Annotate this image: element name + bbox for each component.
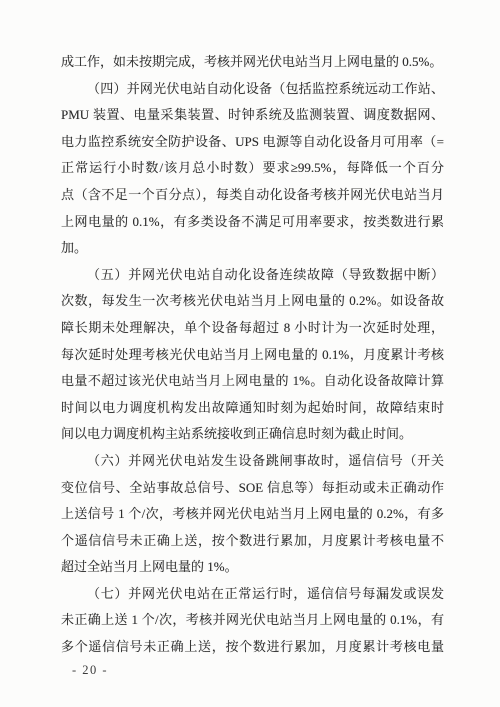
text-line: 多个遥信信号未正确上送，按个数进行累加，月度累计考核电量 (61, 634, 444, 661)
text-line: PMU 装置、电量采集装置、时钟系统及监测装置、调度数据网、 (61, 102, 444, 129)
text-line: 变位信号、全站事故总信号、SOE 信息等）每拒动或未正确动作 (61, 475, 444, 502)
text-line: 时间以电力调度机构发出故障通知时刻为起始时间，故障结束时 (61, 395, 444, 422)
text-line: 正常运行小时数/该月总小时数）要求≥99.5%，每降低一个百分 (61, 155, 444, 182)
text-line: 上网电量的 0.1%，有多类设备不满足可用率要求，按类数进行累 (61, 209, 444, 236)
text-line: 上送信号 1 个/次，考核并网光伏电站当月上网电量的 0.2%，有多 (61, 501, 444, 528)
text-line: （四）并网光伏电站自动化设备（包括监控系统远动工作站、 (61, 76, 444, 103)
text-line: 成工作，如未按期完成，考核并网光伏电站当月上网电量的 0.5%。 (61, 49, 444, 76)
page-number: - 20 - (72, 663, 108, 678)
text-line: 个遥信信号未正确上送，按个数进行累加，月度累计考核电量不 (61, 528, 444, 555)
text-line: 电量不超过该光伏电站当月上网电量的 1%。自动化设备故障计算 (61, 368, 444, 395)
text-line: 超过全站当月上网电量的 1%。 (61, 554, 444, 581)
text-line: （五）并网光伏电站自动化设备连续故障（导致数据中断） (61, 262, 444, 289)
text-line: 电力监控系统安全防护设备、UPS 电源等自动化设备月可用率（= (61, 129, 444, 156)
text-line: 次数，每发生一次考核光伏电站当月上网电量的 0.2%。如设备故 (61, 288, 444, 315)
text-line: 障长期未处理解决，单个设备每超过 8 小时计为一次延时处理， (61, 315, 444, 342)
text-line: 加。 (61, 235, 444, 262)
text-line: 每次延时处理考核光伏电站当月上网电量的 0.1%，月度累计考核 (61, 342, 444, 369)
text-line: 未正确上送 1 个/次，考核并网光伏电站当月上网电量的 0.1%，有 (61, 607, 444, 634)
page-number-label: - 20 - (72, 663, 108, 677)
text-line: （六）并网光伏电站发生设备跳闸事故时，遥信信号（开关 (61, 448, 444, 475)
scanned-document-page: 成工作，如未按期完成，考核并网光伏电站当月上网电量的 0.5%。（四）并网光伏电… (0, 0, 500, 707)
text-line: （七）并网光伏电站在正常运行时，遥信信号每漏发或误发 (61, 581, 444, 608)
document-body: 成工作，如未按期完成，考核并网光伏电站当月上网电量的 0.5%。（四）并网光伏电… (61, 49, 444, 661)
text-line: 间以电力调度机构主站系统接收到正确信息时刻为截止时间。 (61, 421, 444, 448)
text-line: 点（含不足一个百分点），每类自动化设备考核并网光伏电站当月 (61, 182, 444, 209)
